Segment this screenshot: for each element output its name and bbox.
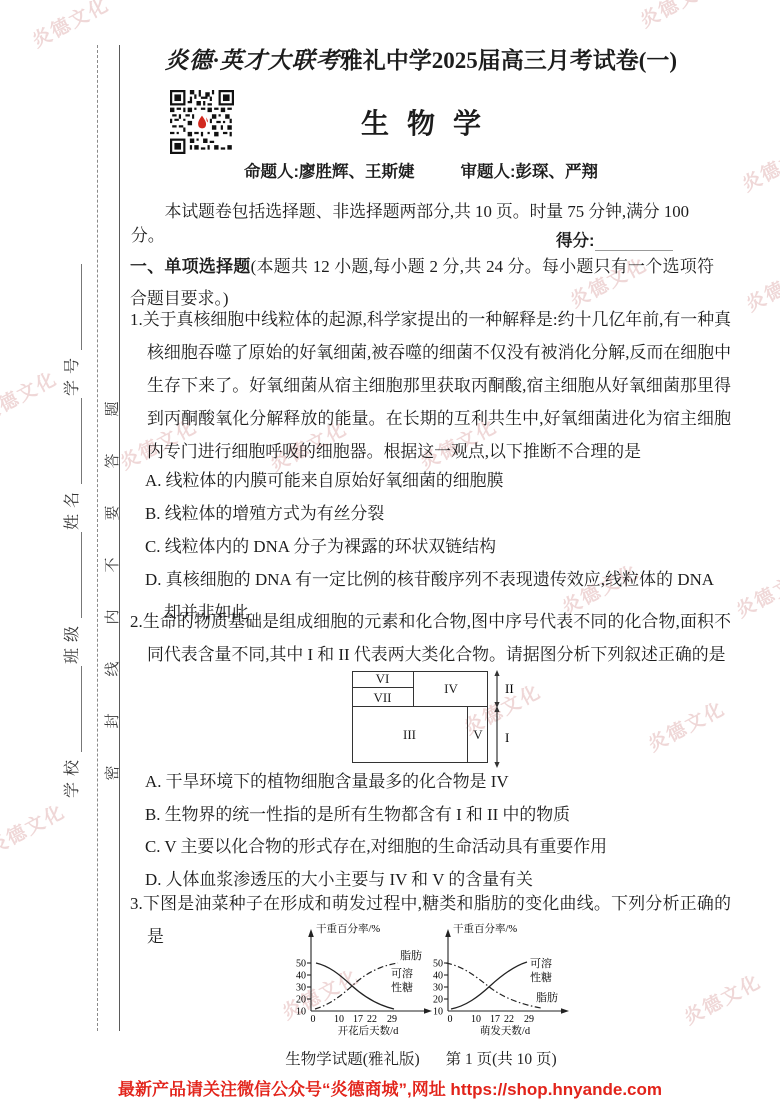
option-b: B. 生物界的统一性指的是所有生物都含有 I 和 II 中的物质 bbox=[145, 799, 714, 832]
score-field: 得分: bbox=[556, 227, 673, 251]
option-c: C. 线粒体内的 DNA 分子为裸露的环状双链结构 bbox=[145, 530, 714, 563]
question-2-options: A. 干旱环境下的植物细胞含量最多的化合物是 IV B. 生物界的统一性指的是所… bbox=[145, 766, 714, 896]
question-text: 关于真核细胞中线粒体的起源,科学家提出的一种解释是:约十几亿年前,有一种真核细胞… bbox=[143, 310, 731, 461]
option-a: A. 干旱环境下的植物细胞含量最多的化合物是 IV bbox=[145, 766, 714, 799]
y-tick: 10 bbox=[433, 1007, 443, 1018]
diagram-region-vi: VI bbox=[352, 671, 414, 688]
x-tick: 0 bbox=[448, 1014, 453, 1025]
sugar-label-line1: 可溶 bbox=[530, 956, 552, 970]
chart-seed-formation: 干重百分率/% 50 40 30 20 10 0 10 17 22 29 开花后… bbox=[287, 919, 437, 1042]
reviewer-label: 审题人:彭琛、严翔 bbox=[461, 163, 599, 181]
option-c: C. V 主要以化合物的形式存在,对细胞的生命活动具有重要作用 bbox=[145, 831, 714, 864]
field-class-blank bbox=[65, 532, 82, 618]
seal-line-text: 密封线内不要答题 bbox=[101, 360, 121, 822]
y-tick: 30 bbox=[433, 983, 443, 994]
x-tick: 17 bbox=[490, 1014, 500, 1025]
exam-header-title: 炎德·英才大联考雅礼中学2025届高三月考试卷(一) bbox=[125, 42, 717, 75]
sugar-label-line1: 可溶 bbox=[391, 966, 413, 980]
y-tick: 40 bbox=[296, 971, 306, 982]
y-tick: 50 bbox=[296, 959, 306, 970]
watermark-text: 炎德文化 bbox=[737, 134, 780, 197]
fat-label: 脂肪 bbox=[400, 948, 422, 962]
question-1-stem: 1.关于真核细胞中线粒体的起源,科学家提出的一种解释是:约十几亿年前,有一种真核… bbox=[130, 303, 731, 468]
page-footer: 生物学试题(雅礼版)第 1 页(共 10 页) bbox=[125, 1047, 717, 1069]
y-tick: 30 bbox=[296, 983, 306, 994]
y-tick: 20 bbox=[296, 995, 306, 1006]
fat-label: 脂肪 bbox=[536, 990, 558, 1004]
x-tick: 10 bbox=[334, 1014, 344, 1025]
option-a: A. 线粒体的内膜可能来自原始好氧细菌的细胞膜 bbox=[145, 464, 714, 497]
score-blank bbox=[595, 234, 673, 251]
curve-fat bbox=[446, 963, 541, 1008]
x-tick: 22 bbox=[504, 1014, 514, 1025]
section-label: 一、单项选择题 bbox=[130, 257, 251, 276]
brand-name: 炎德·英才大联考 bbox=[165, 48, 340, 73]
y-axis-label: 干重百分率/% bbox=[453, 922, 517, 935]
field-school-blank bbox=[65, 666, 82, 752]
seal-dashed-line bbox=[97, 45, 98, 1031]
score-label: 得分: bbox=[556, 232, 595, 250]
diagram-group-ii-label: II bbox=[505, 681, 514, 696]
y-tick: 40 bbox=[433, 971, 443, 982]
x-tick: 10 bbox=[471, 1014, 481, 1025]
x-axis-label: 开花后天数/d bbox=[338, 1024, 399, 1037]
x-axis-label: 萌发天数/d bbox=[480, 1024, 531, 1037]
question-2-stem: 2.生命的物质基础是组成细胞的元素和化合物,图中序号代表不同的化合物,面积不同代… bbox=[130, 605, 731, 671]
y-axis-label: 干重百分率/% bbox=[316, 922, 380, 935]
question-number: 1. bbox=[130, 310, 143, 329]
curve-fat bbox=[315, 963, 398, 1009]
y-tick: 50 bbox=[433, 959, 443, 970]
sugar-label-line2: 性糖 bbox=[530, 970, 552, 984]
x-tick: 0 bbox=[311, 1014, 316, 1025]
diagram-group-i-label: I bbox=[505, 730, 509, 745]
question-number: 2. bbox=[130, 612, 143, 631]
question-text: 生命的物质基础是组成细胞的元素和化合物,图中序号代表不同的化合物,面积不同代表含… bbox=[143, 612, 731, 664]
footer-doc-label: 生物学试题(雅礼版) bbox=[285, 1051, 419, 1068]
y-tick: 20 bbox=[433, 995, 443, 1006]
x-tick: 22 bbox=[367, 1014, 377, 1025]
student-info-fields: 学校 班级 姓名 学号 bbox=[58, 202, 82, 858]
field-name-blank bbox=[65, 398, 82, 484]
field-studentid-blank bbox=[65, 264, 82, 350]
watermark-text: 炎德文化 bbox=[643, 694, 730, 757]
watermark-text: 炎德文化 bbox=[635, 0, 722, 33]
subject-title: 生物学 bbox=[125, 102, 717, 142]
y-tick: 10 bbox=[296, 1007, 306, 1018]
diagram-group-arrows: II I bbox=[491, 668, 521, 768]
watermark-text: 炎德文化 bbox=[731, 560, 780, 623]
diagram-region-iii: III bbox=[352, 707, 468, 763]
proposer-label: 命题人:廖胜辉、王斯婕 bbox=[244, 163, 415, 181]
chart-seed-germination: 干重百分率/% 50 40 30 20 10 0 10 17 22 29 萌发天… bbox=[424, 919, 574, 1042]
field-name-label: 姓名 bbox=[59, 486, 82, 530]
exam-title: 雅礼中学2025届高三月考试卷(一) bbox=[340, 48, 677, 73]
diagram-region-vii: VII bbox=[352, 688, 414, 707]
promo-banner: 最新产品请关注微信公众号“炎德商城”,网址 https://shop.hnyan… bbox=[0, 1075, 780, 1100]
x-tick: 17 bbox=[353, 1014, 363, 1025]
x-tick: 29 bbox=[387, 1014, 397, 1025]
curve-soluble-sugar bbox=[316, 963, 394, 1009]
exam-paper-page: 炎德文化 炎德文化 炎德文化 炎德文化 炎德文化 炎德文化 炎德文化 炎德文化 … bbox=[0, 0, 780, 1104]
x-tick: 29 bbox=[524, 1014, 534, 1025]
watermark-text: 炎德文化 bbox=[27, 0, 114, 53]
footer-page-number: 第 1 页(共 10 页) bbox=[446, 1051, 557, 1068]
diagram-region-v: V bbox=[468, 707, 488, 763]
option-b: B. 线粒体的增殖方式为有丝分裂 bbox=[145, 497, 714, 530]
question-2-diagram: VI VII IV III V II I bbox=[352, 671, 488, 763]
watermark-text: 炎德文化 bbox=[0, 364, 61, 427]
exam-authors: 命题人:廖胜辉、王斯婕审题人:彭琛、严翔 bbox=[125, 158, 717, 182]
watermark-text: 炎德文化 bbox=[741, 254, 780, 317]
diagram-region-iv: IV bbox=[414, 671, 488, 707]
field-studentid-label: 学号 bbox=[59, 352, 82, 396]
sugar-label-line2: 性糖 bbox=[391, 980, 413, 994]
field-class-label: 班级 bbox=[59, 620, 82, 664]
field-school-label: 学校 bbox=[59, 754, 82, 798]
watermark-text: 炎德文化 bbox=[679, 967, 766, 1030]
question-number: 3. bbox=[130, 894, 143, 913]
